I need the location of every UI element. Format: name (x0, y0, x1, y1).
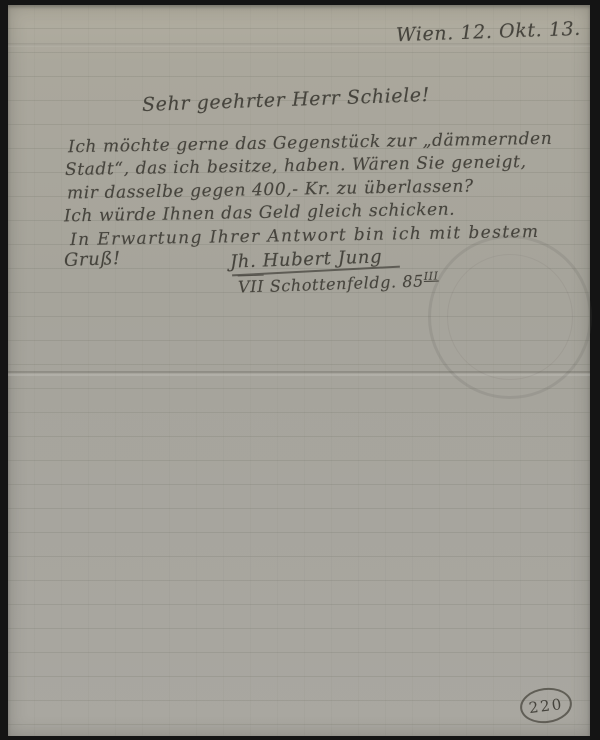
fold-crease-top (8, 43, 590, 47)
page-number: 220 (528, 694, 565, 716)
date-line: Wien. 12. Okt. 13. (396, 18, 582, 46)
embossed-stamp-inner-ring (447, 254, 573, 380)
salutation-line: Sehr geehrter Herr Schiele! (142, 84, 431, 116)
page-number-stamp: 220 (518, 685, 574, 726)
closing-line: Gruß! (64, 248, 122, 271)
address-district: VII (238, 275, 265, 297)
embossed-stamp-icon (428, 235, 592, 399)
letter-paper: Wien. 12. Okt. 13. Sehr geehrter Herr Sc… (8, 5, 590, 736)
scan-background: { "document": { "date_line": "Wien. 12. … (0, 0, 600, 740)
body-line-4: Ich würde Ihnen das Geld gleich schicken… (64, 200, 456, 227)
address-street: Schottenfeldg. 85 (264, 271, 424, 296)
address-floor-superscript: III (423, 270, 438, 284)
